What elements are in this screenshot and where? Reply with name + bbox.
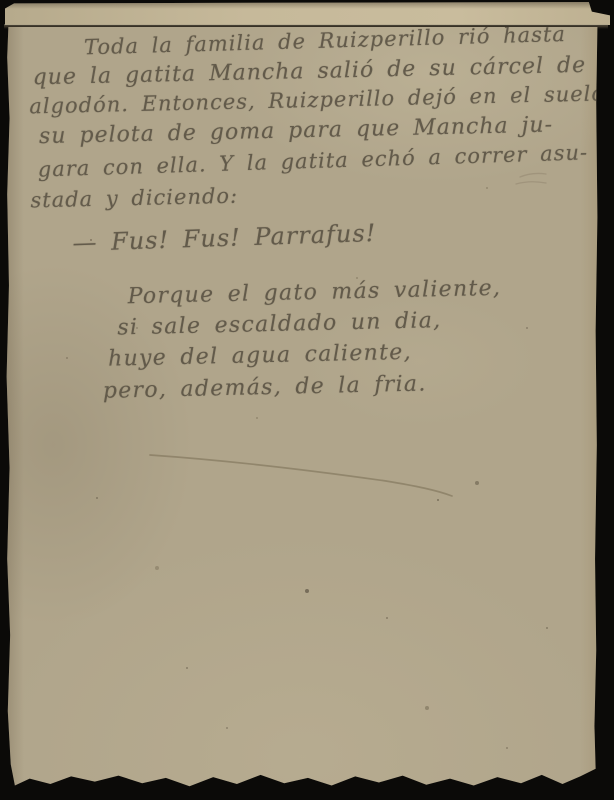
notebook-binding-stub bbox=[5, 2, 610, 25]
poem-line: si sale escaldado un dia, bbox=[117, 308, 442, 340]
poem-line: Porque el gato más valiente, bbox=[127, 276, 501, 309]
notebook-page: Toda la familia de Ruizperillo rió hasta… bbox=[6, 27, 598, 787]
photo-background: Toda la familia de Ruizperillo rió hasta… bbox=[0, 0, 614, 800]
poem-line: huye del agua caliente, bbox=[108, 340, 412, 372]
prose-line: stada y diciendo: bbox=[30, 184, 238, 213]
poem-line: pero, además, de la fria. bbox=[103, 371, 427, 403]
manuscript-text: Toda la familia de Ruizperillo rió hasta… bbox=[6, 14, 614, 787]
prose-line: Toda la familia de Ruizperillo rió hasta bbox=[84, 22, 566, 59]
dialogue-line: — Fus! Fus! Parrafus! bbox=[72, 219, 377, 257]
